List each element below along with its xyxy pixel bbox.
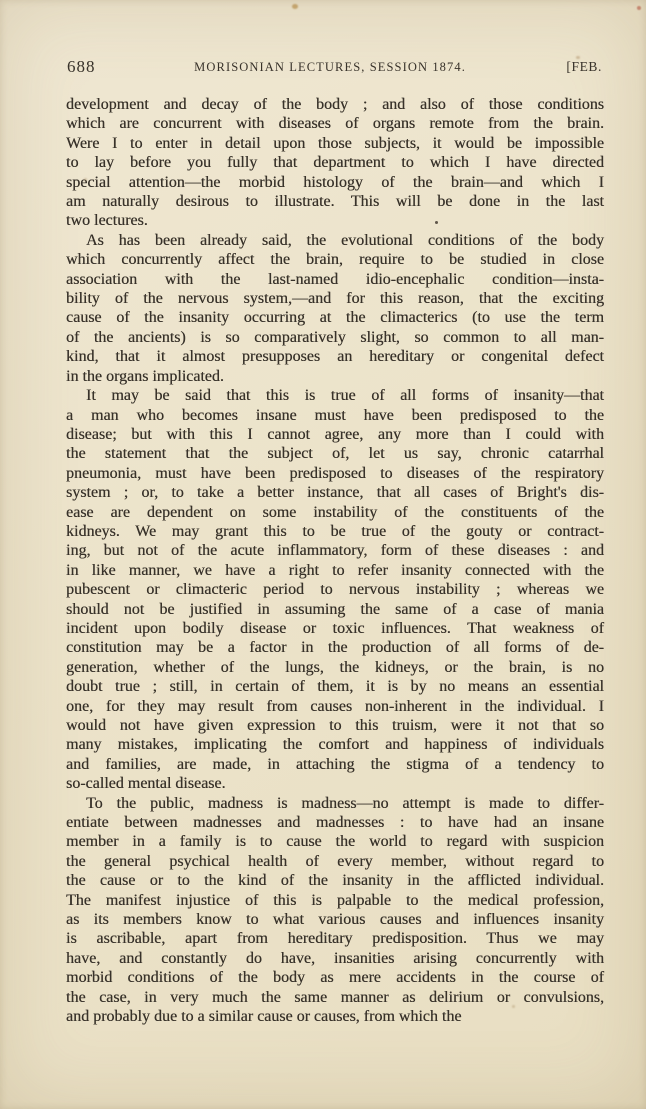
text-line: many mistakes, implicating the comfort a… [66, 735, 604, 754]
text-line: incident upon bodily disease or toxic in… [66, 619, 604, 638]
text-line: As has been already said, the evolutiona… [66, 231, 604, 250]
text-line: entiate between madnesses and madnesses … [66, 813, 604, 832]
paper-stain [637, 6, 641, 10]
text-line: bility of the nervous system,—and for th… [66, 289, 604, 308]
text-line: member in a family is to cause the world… [66, 832, 604, 851]
text-line: system ; or, to take a better instance, … [66, 483, 604, 502]
text-line: in the organs implicated. [66, 367, 604, 386]
text-line: the statement that the subject of, let u… [66, 444, 604, 463]
text-line: disease; but with this I cannot agree, a… [66, 425, 604, 444]
text-line: kidneys. We may grant this to be true of… [66, 522, 604, 541]
text-line: constitution may be a factor in the prod… [66, 638, 604, 657]
text-line: so-called mental disease. [66, 774, 604, 793]
text-line: special attention—the morbid histology o… [66, 173, 604, 192]
text-line: of the ancients) is so comparatively sli… [66, 328, 604, 347]
text-line: and families, are made, in attaching the… [66, 755, 604, 774]
text-line: the case, in very much the same manner a… [66, 988, 604, 1007]
text-line: am naturally desirous to illustrate. Thi… [66, 192, 604, 211]
text-line: the general psychical health of every me… [66, 852, 604, 871]
text-line: ease are dependent on some instability o… [66, 503, 604, 522]
text-line: should not be justified in assuming the … [66, 600, 604, 619]
text-line: Were I to enter in detail upon those sub… [66, 134, 604, 153]
text-line: and probably due to a similar cause or c… [66, 1007, 604, 1026]
running-title: MORISONIAN LECTURES, SESSION 1874. [194, 60, 466, 75]
text-line: would not have given expression to this … [66, 716, 604, 735]
text-line: pneumonia, must have been predisposed to… [66, 464, 604, 483]
text-line: a man who becomes insane must have been … [66, 406, 604, 425]
text-line: to lay before you fully that department … [66, 153, 604, 172]
paper-stain [292, 4, 298, 9]
text-line: association with the last-named idio-enc… [66, 270, 604, 289]
text-line: cause of the insanity occurring at the c… [66, 308, 604, 327]
page-number: 688 [67, 57, 96, 77]
text-line: which are concurrent with diseases of or… [66, 114, 604, 133]
text-line: in like manner, we have a right to refer… [66, 561, 604, 580]
text-line: ing, but not of the acute inflammatory, … [66, 541, 604, 560]
text-line: kind, that it almost presupposes an here… [66, 347, 604, 366]
text-line: is ascribable, apart from hereditary pre… [66, 929, 604, 948]
text-line: The manifest injustice of this is palpab… [66, 891, 604, 910]
text-line: two lectures. [66, 211, 604, 230]
running-head: 688 MORISONIAN LECTURES, SESSION 1874. [… [67, 57, 604, 77]
body-text: development and decay of the body ; and … [66, 95, 604, 1027]
text-line: morbid conditions of the body as mere ac… [66, 968, 604, 987]
text-line: generation, whether of the lungs, the ki… [66, 658, 604, 677]
text-line: doubt true ; still, in certain of them, … [66, 677, 604, 696]
text-line: one, for they may result from causes non… [66, 697, 604, 716]
text-line: which concurrently affect the brain, req… [66, 250, 604, 269]
text-line: as its members know to what various caus… [66, 910, 604, 929]
text-line: To the public, madness is madness—no att… [66, 794, 604, 813]
scanned-book-page: 688 MORISONIAN LECTURES, SESSION 1874. [… [0, 0, 646, 1109]
text-line: It may be said that this is true of all … [66, 386, 604, 405]
text-line: have, and constantly do have, insanities… [66, 949, 604, 968]
text-line: development and decay of the body ; and … [66, 95, 604, 114]
text-line: the cause or to the kind of the insanity… [66, 871, 604, 890]
issue-month-label: [FEB. [566, 59, 602, 75]
text-line: pubescent or climacteric period to nervo… [66, 580, 604, 599]
